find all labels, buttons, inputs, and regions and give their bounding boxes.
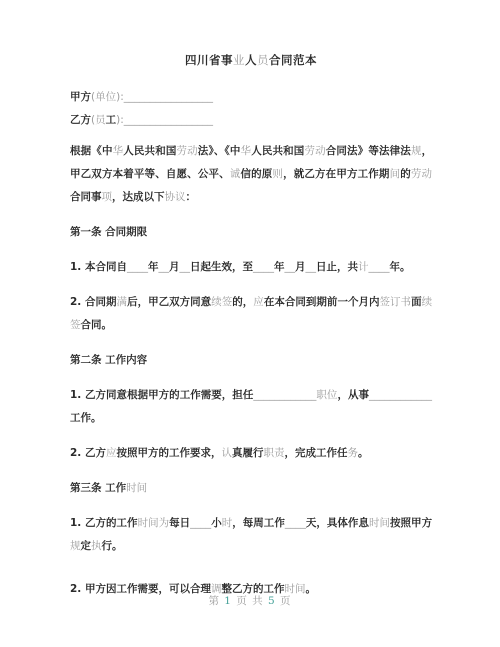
text-run: 时间 bbox=[369, 517, 390, 529]
text-run: (员 bbox=[91, 114, 106, 126]
text-run: 工作。 bbox=[70, 412, 102, 424]
page-footer: 第 1 页 共 5 页 bbox=[0, 593, 500, 608]
text-run: 第 bbox=[208, 595, 224, 607]
text-run: 时间为 bbox=[138, 517, 170, 529]
text-run: 第二条 工作内容 bbox=[70, 354, 147, 366]
text-run: 规 bbox=[411, 145, 422, 157]
text-run: 合同。 bbox=[81, 319, 113, 331]
fill-in-blank: ____ bbox=[285, 517, 306, 529]
text-run: 根据《中 bbox=[70, 145, 113, 157]
text-run: 职位 bbox=[316, 389, 337, 401]
text-run: 人民共和国 bbox=[123, 145, 176, 157]
contract-content: 四川省事业人员合同范本 甲方(单位):_________________乙方(员… bbox=[70, 52, 432, 613]
fill-in-blank: ____ bbox=[253, 261, 274, 273]
fill-in-blank: _________________ bbox=[124, 91, 213, 103]
fill-in-blank: ____________ bbox=[369, 389, 432, 401]
text-run: 月 bbox=[169, 261, 180, 273]
text-run: ： bbox=[186, 191, 197, 203]
text-run: 业 bbox=[233, 53, 245, 67]
text-run: 法》、《中 bbox=[198, 145, 241, 157]
fill-in-blank: __ bbox=[305, 261, 316, 273]
text-run: 劳动 bbox=[411, 168, 432, 180]
document-title: 四川省事业人员合同范本 bbox=[70, 52, 432, 68]
text-run: 则 bbox=[272, 168, 283, 180]
text-run: 人民共和国 bbox=[251, 145, 304, 157]
text-run: 应 bbox=[253, 296, 264, 308]
text-run: 合同事 bbox=[70, 191, 102, 203]
text-run: 认 bbox=[221, 447, 232, 459]
fill-in-blank: ____ bbox=[127, 261, 148, 273]
text-run: 按照甲方的工作要求， bbox=[116, 447, 221, 459]
text-run: 2. 合同期 bbox=[70, 296, 117, 308]
fill-in-blank: __ bbox=[158, 261, 169, 273]
text-run: 华 bbox=[241, 145, 252, 157]
article-2-heading: 第二条 工作内容 bbox=[70, 349, 432, 372]
text-run: 项 bbox=[102, 191, 113, 203]
text-run: 2. 乙方 bbox=[70, 447, 106, 459]
page-number: 1 bbox=[224, 595, 232, 607]
text-run: 年。 bbox=[389, 261, 410, 273]
text-run: 劳动 bbox=[304, 145, 325, 157]
text-run: 间 bbox=[390, 168, 401, 180]
text-run: 天，具体作息 bbox=[306, 517, 369, 529]
text-run: ，从事 bbox=[337, 389, 369, 401]
contract-body: 根据《中华人民共和国劳动法》、《中华人民共和国劳动合同法》等法律法规，甲乙双方本… bbox=[70, 140, 432, 601]
text-run: 规 bbox=[70, 540, 81, 552]
text-run: 续签 bbox=[211, 296, 232, 308]
text-run: 第一条 合同期限 bbox=[70, 226, 147, 238]
text-run: 工 bbox=[106, 114, 117, 126]
contract-page: 四川省事业人员合同范本 甲方(单位):_________________乙方(员… bbox=[0, 0, 500, 647]
text-run: 劳动 bbox=[177, 145, 198, 157]
fill-in-blank: ____ bbox=[190, 517, 211, 529]
text-run: 每日 bbox=[169, 517, 190, 529]
text-run: 定 bbox=[81, 540, 92, 552]
text-run: 后，甲乙双方同意 bbox=[127, 296, 211, 308]
text-run: 第三条 工作 bbox=[70, 482, 126, 494]
parties-block: 甲方(单位):_________________乙方(员工):_________… bbox=[70, 86, 432, 132]
text-run: ，完成工作任 bbox=[284, 447, 347, 459]
text-run: 的 bbox=[400, 168, 411, 180]
article-2-item-1: 1. 乙方同意根据甲方的工作需要，担任____________职位，从事____… bbox=[70, 384, 432, 430]
text-run: 年 bbox=[148, 261, 159, 273]
text-run: 乙方 bbox=[70, 114, 91, 126]
article-1-item-1: 1. 本合同自____年__月__日起生效，至____年__月__日止，共计__… bbox=[70, 256, 432, 279]
text-run: ，达成以下 bbox=[112, 191, 165, 203]
text-run: 页 共 bbox=[232, 595, 268, 607]
text-run: 员 bbox=[257, 53, 269, 67]
page-number: 5 bbox=[268, 595, 276, 607]
text-run: 面 bbox=[411, 296, 422, 308]
text-run: 人 bbox=[245, 53, 257, 67]
text-run: 日止，共 bbox=[316, 261, 358, 273]
text-run: 计 bbox=[358, 261, 369, 273]
text-run: 行。 bbox=[102, 540, 123, 552]
party-b-line: 乙方(员工):_________________ bbox=[70, 109, 432, 132]
text-run: 在本合同到期前一个月内 bbox=[264, 296, 380, 308]
fill-in-blank: __ bbox=[284, 261, 295, 273]
text-run: 年 bbox=[274, 261, 285, 273]
text-run: 诚 bbox=[230, 168, 241, 180]
text-run: 1. 乙方同意根据甲方的工作需要，担任 bbox=[70, 389, 253, 401]
text-run: ，就乙方在甲方工作期 bbox=[283, 168, 390, 180]
text-run: 时间 bbox=[126, 482, 147, 494]
text-run: (单位): bbox=[91, 91, 124, 103]
text-run: 信的原 bbox=[240, 168, 272, 180]
fill-in-blank: ____________ bbox=[253, 389, 316, 401]
preamble-paragraph: 根据《中华人民共和国劳动法》、《中华人民共和国劳动合同法》等法律法规，甲乙双方本… bbox=[70, 140, 432, 209]
text-run: 华 bbox=[113, 145, 124, 157]
text-run: 签订书 bbox=[380, 296, 412, 308]
text-run: ): bbox=[116, 114, 124, 126]
text-run: 按照甲方 bbox=[390, 517, 432, 529]
text-run: 页 bbox=[276, 595, 292, 607]
text-run: 务 bbox=[347, 447, 358, 459]
party-a-line: 甲方(单位):_________________ bbox=[70, 86, 432, 109]
text-run: 合同法》等法律法 bbox=[326, 145, 411, 157]
fill-in-blank: __ bbox=[179, 261, 190, 273]
text-run: 小 bbox=[211, 517, 222, 529]
text-run: 满 bbox=[117, 296, 128, 308]
article-3-heading: 第三条 工作时间 bbox=[70, 477, 432, 500]
article-1-item-2: 2. 合同期满后，甲乙双方同意续签的，应在本合同到期前一个月内签订书面续签合同。 bbox=[70, 291, 432, 337]
text-run: 日起生效，至 bbox=[190, 261, 253, 273]
text-run: 月 bbox=[295, 261, 306, 273]
text-run: 的， bbox=[232, 296, 253, 308]
text-run: 真履行 bbox=[232, 447, 264, 459]
text-run: 时 bbox=[222, 517, 233, 529]
fill-in-blank: _________________ bbox=[124, 114, 213, 126]
text-run: 职责 bbox=[263, 447, 284, 459]
text-run: 。 bbox=[358, 447, 369, 459]
text-run: 合同范本 bbox=[269, 53, 317, 67]
text-run: 甲方 bbox=[70, 91, 91, 103]
text-run: 协议 bbox=[165, 191, 186, 203]
article-3-item-1: 1. 乙方的工作时间为每日____小时，每周工作____天，具体作息时间按照甲方… bbox=[70, 512, 432, 558]
text-run: ，每周工作 bbox=[232, 517, 285, 529]
text-run: 1. 本合同自 bbox=[70, 261, 127, 273]
text-run: 1. 乙方的工作 bbox=[70, 517, 138, 529]
text-run: 应 bbox=[106, 447, 117, 459]
fill-in-blank: ____ bbox=[368, 261, 389, 273]
article-1-heading: 第一条 合同期限 bbox=[70, 221, 432, 244]
article-2-item-2: 2. 乙方应按照甲方的工作要求，认真履行职责，完成工作任务。 bbox=[70, 442, 432, 465]
text-run: 执 bbox=[91, 540, 102, 552]
text-run: 四川省事 bbox=[185, 53, 233, 67]
